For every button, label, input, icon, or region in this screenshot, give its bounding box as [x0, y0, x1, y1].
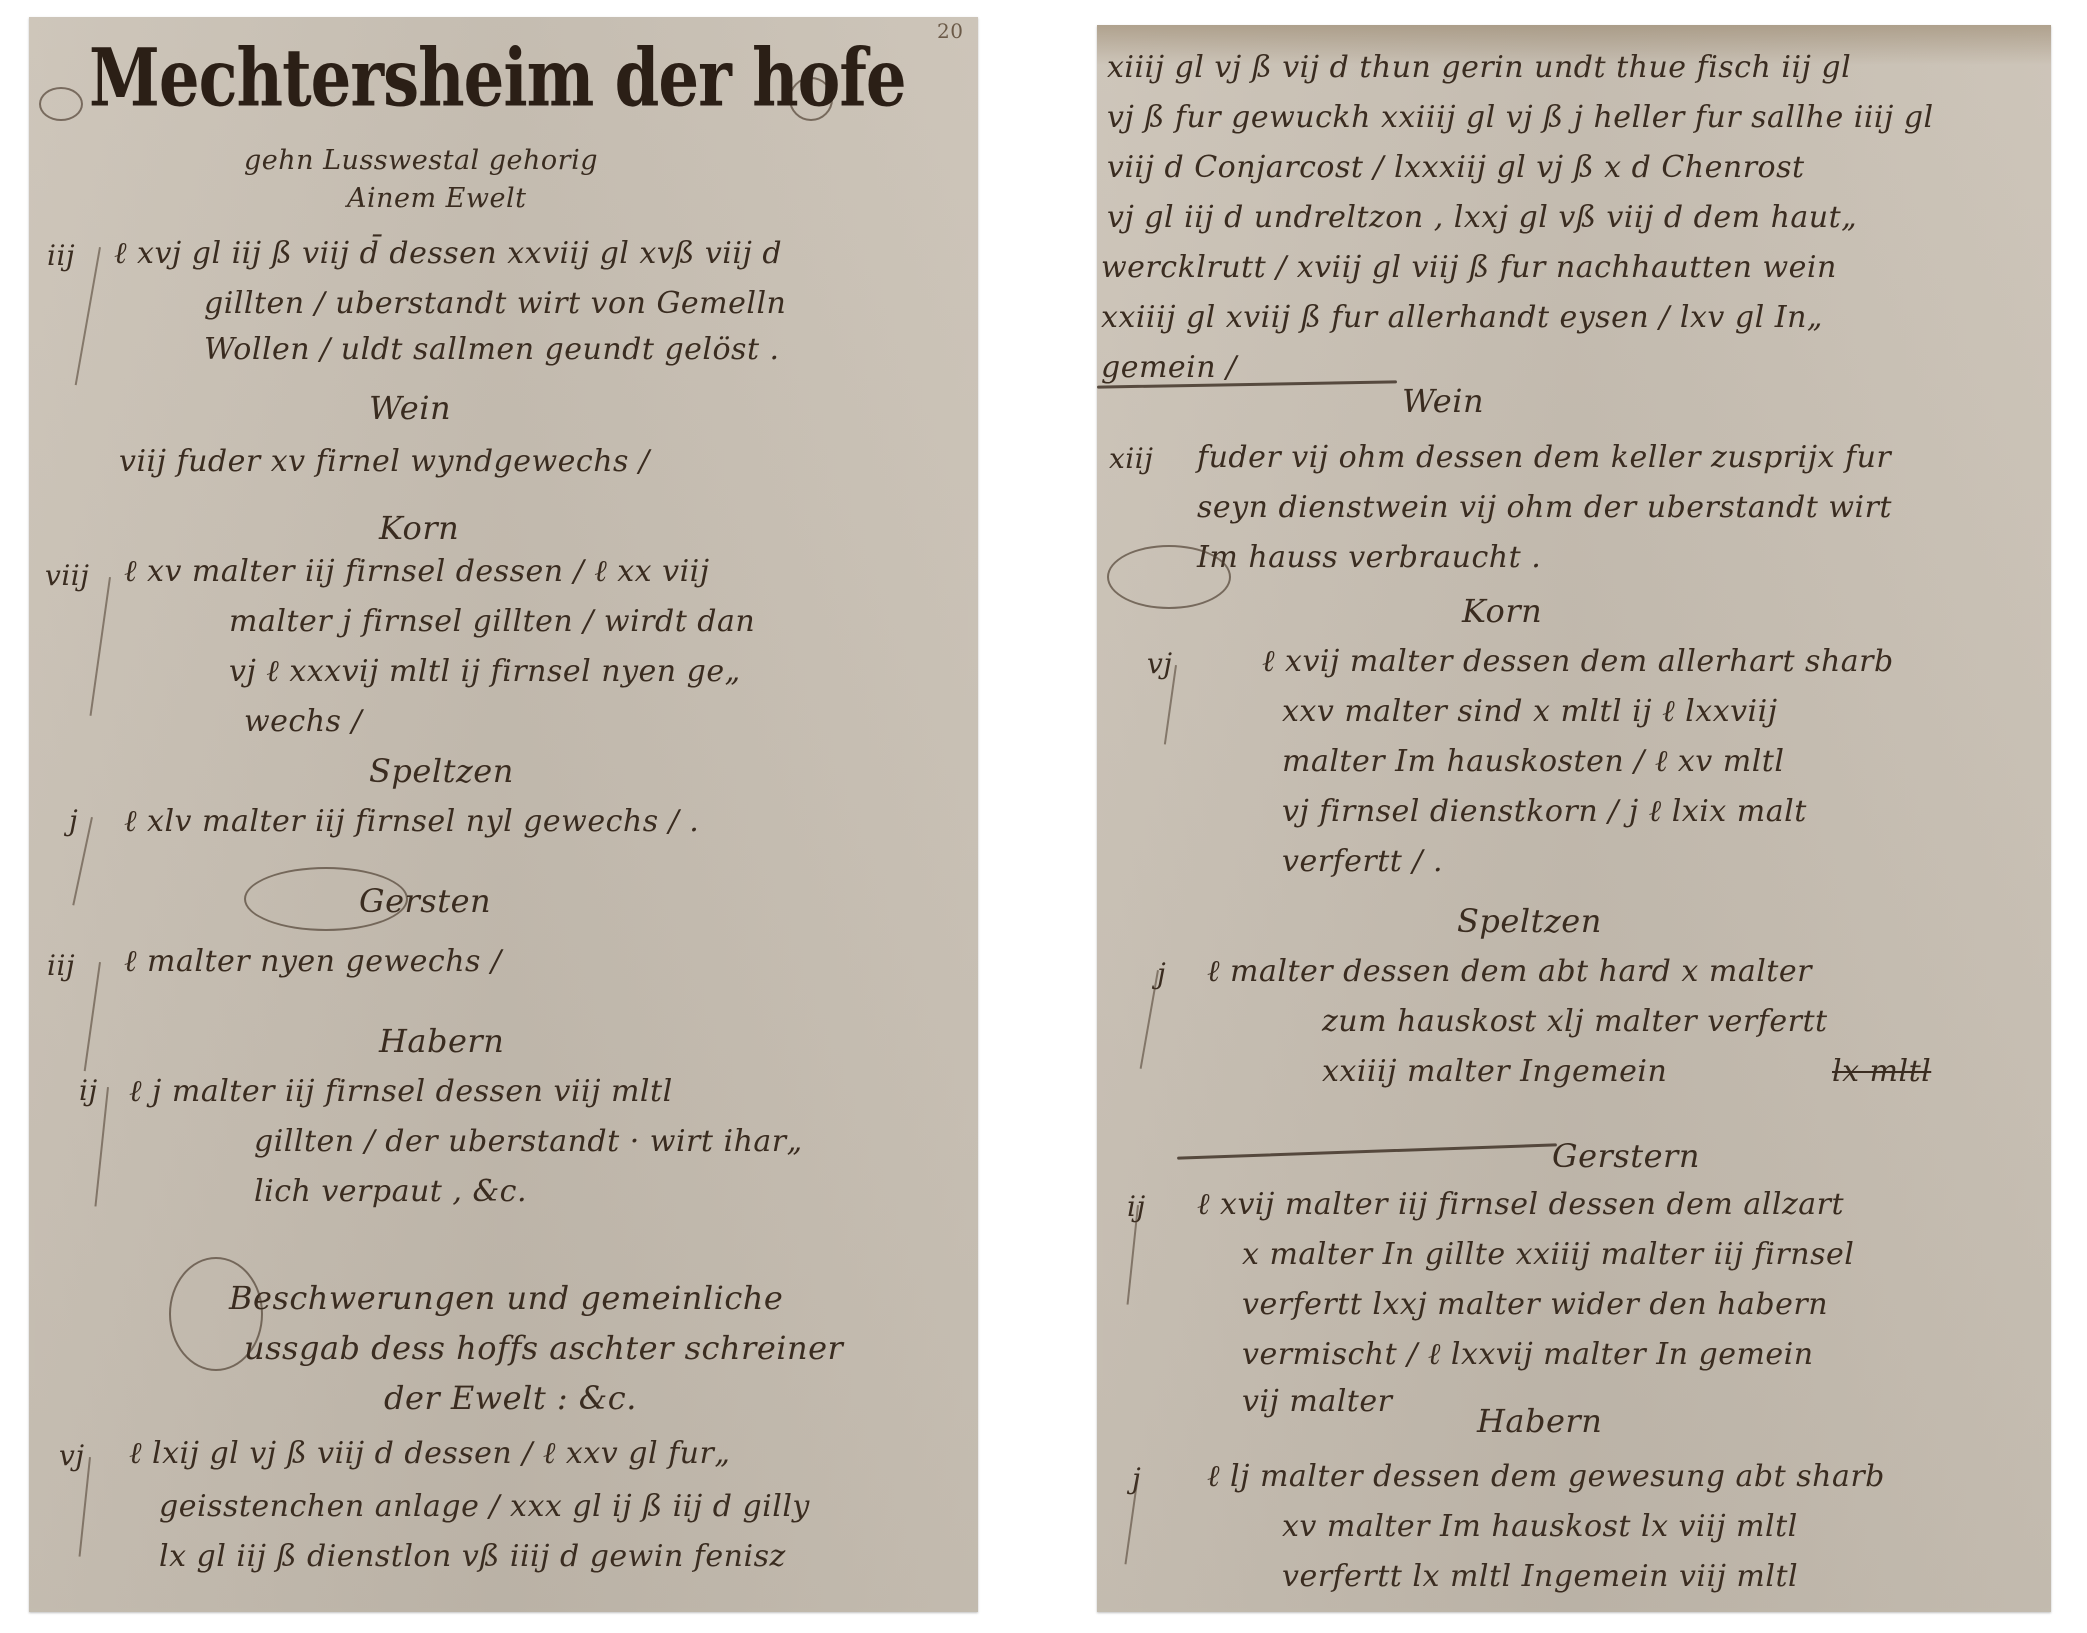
entry-line: viij fuder xv firnel wyndgewechs / [119, 447, 650, 477]
section-heading-korn: Korn [379, 512, 459, 544]
entry-line: ℓ xv malter iij firnsel dessen / ℓ xx vi… [124, 557, 710, 587]
entry-line: ℓ lj malter dessen dem gewesung abt shar… [1207, 1462, 1885, 1492]
entry-line: vj ℓ xxxvij mltl ij firnsel nyen ge„ [229, 657, 741, 687]
struck-out-text: lx mltl [1832, 1057, 1931, 1087]
entry-line: Im hauss verbraucht . [1197, 543, 1541, 573]
entry-line: verfertt lx mltl Ingemein viij mltl [1282, 1562, 1798, 1592]
entry-line: ℓ xvij malter iij firnsel dessen dem all… [1197, 1190, 1844, 1220]
margin-numeral: j [1157, 960, 1166, 988]
margin-numeral: vj [59, 1442, 85, 1470]
margin-numeral: viij [45, 562, 89, 590]
entry-line: vij malter [1242, 1387, 1392, 1417]
section-divider-stroke [1177, 1143, 1557, 1159]
section-heading-gersten: Gersten [359, 885, 491, 917]
entry-line: fuder vij ohm dessen dem keller zusprijx… [1197, 443, 1891, 473]
entry-line: x malter In gillte xxiiij malter iij fir… [1242, 1240, 1854, 1270]
margin-flourish [1107, 545, 1231, 609]
title-flourish-left [39, 87, 83, 121]
manuscript-page-left: 20 Mechtersheim der hofe gehn Lusswestal… [29, 17, 978, 1612]
entry-line: xxiiij gl xviij ß fur allerhandt eysen /… [1101, 303, 1823, 333]
entry-line: seyn dienstwein vij ohm der uberstandt w… [1197, 493, 1892, 523]
margin-numeral: ij [79, 1077, 98, 1105]
entry-line: geisstenchen anlage / xxx gl ij ß iij d … [159, 1492, 810, 1522]
margin-numeral: j [69, 807, 78, 835]
margin-numeral: iij [47, 952, 75, 980]
section-heading-beschwerungen-3: der Ewelt : &c. [384, 1382, 637, 1414]
section-heading-korn: Korn [1462, 595, 1542, 627]
entry-line: ℓ malter dessen dem abt hard x malter [1207, 957, 1812, 987]
section-heading-wein: Wein [369, 392, 451, 424]
section-heading-gerstern: Gerstern [1552, 1140, 1700, 1172]
entry-line: xiiij gl vj ß vij d thun gerin undt thue… [1107, 53, 1851, 83]
entry-line: viij d Conjarcost / lxxxiij gl vj ß x d … [1107, 153, 1805, 183]
section-heading-speltzen: Speltzen [1457, 905, 1602, 937]
entry-line: ℓ j malter iij firnsel dessen viij mltl [129, 1077, 673, 1107]
pen-stroke [75, 247, 101, 385]
entry-line: Wollen / uldt sallmen geundt gelöst . [204, 335, 780, 365]
folio-number: 20 [937, 21, 963, 41]
page-subtitle: gehn Lusswestal gehorig [244, 147, 598, 174]
section-heading-habern: Habern [379, 1025, 504, 1057]
entry-line: ℓ malter nyen gewechs / [124, 947, 502, 977]
entry-line: verfertt / . [1282, 847, 1443, 877]
entry-line: vermischt / ℓ lxxvij malter In gemein [1242, 1340, 1814, 1370]
manuscript-page-right: xiiij gl vj ß vij d thun gerin undt thue… [1097, 25, 2051, 1612]
pen-stroke [90, 577, 111, 716]
entry-line: gillten / der uberstandt · wirt ihar„ [254, 1127, 803, 1157]
section-heading-beschwerungen-2: ussgab dess hoffs aschter schreiner [244, 1332, 843, 1364]
entry-line: xv malter Im hauskost lx viij mltl [1282, 1512, 1798, 1542]
entry-line: gemein / [1101, 353, 1237, 383]
section-heading-beschwerungen: Beschwerungen und gemeinliche [229, 1282, 783, 1314]
entry-line: verfertt lxxj malter wider den habern [1242, 1290, 1828, 1320]
entry-line: malter Im hauskosten / ℓ xv mltl [1282, 747, 1784, 777]
entry-line: wechs / [244, 707, 362, 737]
margin-numeral: vj [1147, 650, 1173, 678]
entry-line: wercklrutt / xviij gl viij ß fur nachhau… [1101, 253, 1837, 283]
entry-line: xxv malter sind x mltl ij ℓ lxxviij [1282, 697, 1778, 727]
entry-line: ℓ xlv malter iij firnsel nyl gewechs / . [124, 807, 699, 837]
entry-line: ℓ xvij malter dessen dem allerhart sharb [1262, 647, 1894, 677]
section-heading-habern: Habern [1477, 1405, 1602, 1437]
entry-line: malter j firnsel gillten / wirdt dan [229, 607, 755, 637]
section-heading-wein: Wein [1402, 385, 1484, 417]
margin-numeral: xiij [1109, 445, 1153, 473]
section-heading-speltzen: Speltzen [369, 755, 514, 787]
pen-stroke [84, 962, 101, 1071]
entry-line: gillten / uberstandt wirt von Gemelln [204, 289, 786, 319]
entry-line: ℓ xvj gl iij ß viij d̄ dessen xxviij gl … [114, 239, 782, 269]
margin-numeral: iij [47, 242, 75, 270]
entry-line: zum hauskost xlj malter verfertt [1322, 1007, 1828, 1037]
entry-line: ℓ lxij gl vj ß viij d dessen / ℓ xxv gl … [129, 1439, 730, 1469]
entry-line: vj firnsel dienstkorn / j ℓ lxix malt [1282, 797, 1807, 827]
entry-line: xxiiij malter Ingemein [1322, 1057, 1667, 1087]
entry-line: lx gl iij ß dienstlon vß iiij d gewin fe… [159, 1542, 786, 1572]
page-subtitle-2: Ainem Ewelt [347, 185, 526, 212]
entry-line: vj ß fur gewuckh xxiiij gl vj ß j heller… [1107, 103, 1934, 133]
entry-line: lich verpaut , &c. [254, 1177, 527, 1207]
pen-stroke [1140, 970, 1159, 1069]
page-title: Mechtersheim der hofe [89, 39, 906, 119]
entry-line: vj gl iij d undreltzon , lxxj gl vß viij… [1107, 203, 1857, 233]
